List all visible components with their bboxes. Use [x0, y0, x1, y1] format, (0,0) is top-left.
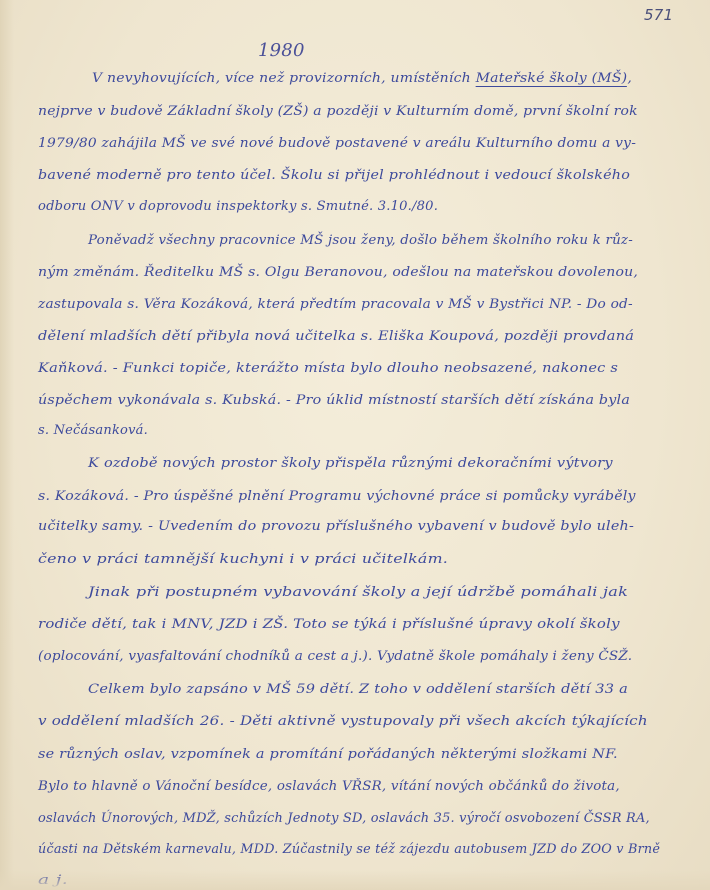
text-line: Bylo to hlavně o Vánoční besídce, oslavá… [38, 778, 620, 793]
text-line: Kaňková. - Funkci topiče, kterážto místa… [38, 360, 618, 375]
text-line: odboru ONV v doprovodu inspektorky s. Sm… [38, 198, 438, 213]
text-line-content: K ozdobě nových prostor školy přispěla r… [88, 455, 613, 470]
text-line-content: a j. [38, 872, 68, 887]
text-line-content: s. Kozáková. - Pro úspěšné plnění Progra… [38, 488, 636, 503]
text-line-content: Bylo to hlavně o Vánoční besídce, oslavá… [38, 778, 620, 793]
text-line-content: V nevyhovujících, více než provizorních,… [92, 70, 476, 85]
text-line-content: 1979/80 zahájila MŠ ve své nové budově p… [38, 135, 636, 150]
text-line: ným změnám. Ředitelku MŠ s. Olgu Beranov… [38, 264, 638, 279]
text-line: V nevyhovujících, více než provizorních,… [92, 70, 632, 85]
text-line: v oddělení mladších 26. - Děti aktivně v… [38, 713, 648, 728]
text-line-content: čeno v práci tamnější kuchyni i v práci … [38, 551, 448, 566]
text-line: Celkem bylo zapsáno v MŠ 59 dětí. Z toho… [88, 681, 628, 696]
year-heading: 1980 [258, 40, 305, 61]
text-line: Jinak při postupném vybavování školy a j… [88, 584, 628, 599]
text-line-content: v oddělení mladších 26. - Děti aktivně v… [38, 713, 648, 728]
page-number: 571 [644, 6, 673, 24]
text-line: 1979/80 zahájila MŠ ve své nové budově p… [38, 135, 636, 150]
text-line-content: úspěchem vykonávala s. Kubská. - Pro úkl… [38, 392, 630, 407]
text-line-content: Poněvadž všechny pracovnice MŠ jsou ženy… [88, 232, 633, 247]
text-line-content: učitelky samy. - Uvedením do provozu pří… [38, 518, 634, 533]
text-line: učitelky samy. - Uvedením do provozu pří… [38, 518, 634, 533]
text-line-content: dělení mladších dětí přibyla nová učitel… [38, 328, 634, 343]
text-line-content: se různých oslav, vzpomínek a promítání … [38, 746, 618, 761]
text-line: nejprve v budově Základní školy (ZŠ) a p… [38, 103, 638, 118]
text-line: zastupovala s. Věra Kozáková, která před… [38, 296, 633, 311]
text-line-content: (oplocování, vyasfaltování chodníků a ce… [38, 648, 632, 663]
text-line-content: Kaňková. - Funkci topiče, kterážto místa… [38, 360, 618, 375]
underlined-title: Mateřské školy (MŠ) [476, 70, 628, 87]
text-line: účasti na Dětském karnevalu, MDD. Zúčast… [38, 841, 660, 856]
text-line-content: odboru ONV v doprovodu inspektorky s. Sm… [38, 198, 438, 213]
text-line-content: rodiče dětí, tak i MNV, JZD i ZŠ. Toto s… [38, 616, 620, 631]
text-line: dělení mladších dětí přibyla nová učitel… [38, 328, 634, 343]
text-line-content: s. Nečásanková. [38, 422, 148, 437]
text-line: (oplocování, vyasfaltování chodníků a ce… [38, 648, 632, 663]
text-line: oslavách Únorových, MDŽ, schůzích Jednot… [38, 810, 650, 825]
text-line: a j. [38, 872, 68, 887]
text-line: čeno v práci tamnější kuchyni i v práci … [38, 551, 448, 566]
text-line-content: Celkem bylo zapsáno v MŠ 59 dětí. Z toho… [88, 681, 628, 696]
text-line: bavené moderně pro tento účel. Školu si … [38, 167, 630, 182]
text-line: K ozdobě nových prostor školy přispěla r… [88, 455, 613, 470]
text-line-content: nejprve v budově Základní školy (ZŠ) a p… [38, 103, 638, 118]
text-line: s. Kozáková. - Pro úspěšné plnění Progra… [38, 488, 636, 503]
text-line-content: zastupovala s. Věra Kozáková, která před… [38, 296, 633, 311]
handwritten-chronicle-page: 571 1980 V nevyhovujících, více než prov… [0, 0, 710, 890]
text-line-content: ným změnám. Ředitelku MŠ s. Olgu Beranov… [38, 264, 638, 279]
text-line-content: oslavách Únorových, MDŽ, schůzích Jednot… [38, 810, 650, 825]
text-line-content: bavené moderně pro tento účel. Školu si … [38, 167, 630, 182]
text-line: Poněvadž všechny pracovnice MŠ jsou ženy… [88, 232, 633, 247]
text-line: rodiče dětí, tak i MNV, JZD i ZŠ. Toto s… [38, 616, 620, 631]
text-line-suffix: , [627, 70, 632, 85]
text-line: s. Nečásanková. [38, 422, 148, 437]
text-line-content: účasti na Dětském karnevalu, MDD. Zúčast… [38, 841, 660, 856]
text-line: se různých oslav, vzpomínek a promítání … [38, 746, 618, 761]
text-line: úspěchem vykonávala s. Kubská. - Pro úkl… [38, 392, 630, 407]
text-line-content: Jinak při postupném vybavování školy a j… [88, 584, 628, 599]
